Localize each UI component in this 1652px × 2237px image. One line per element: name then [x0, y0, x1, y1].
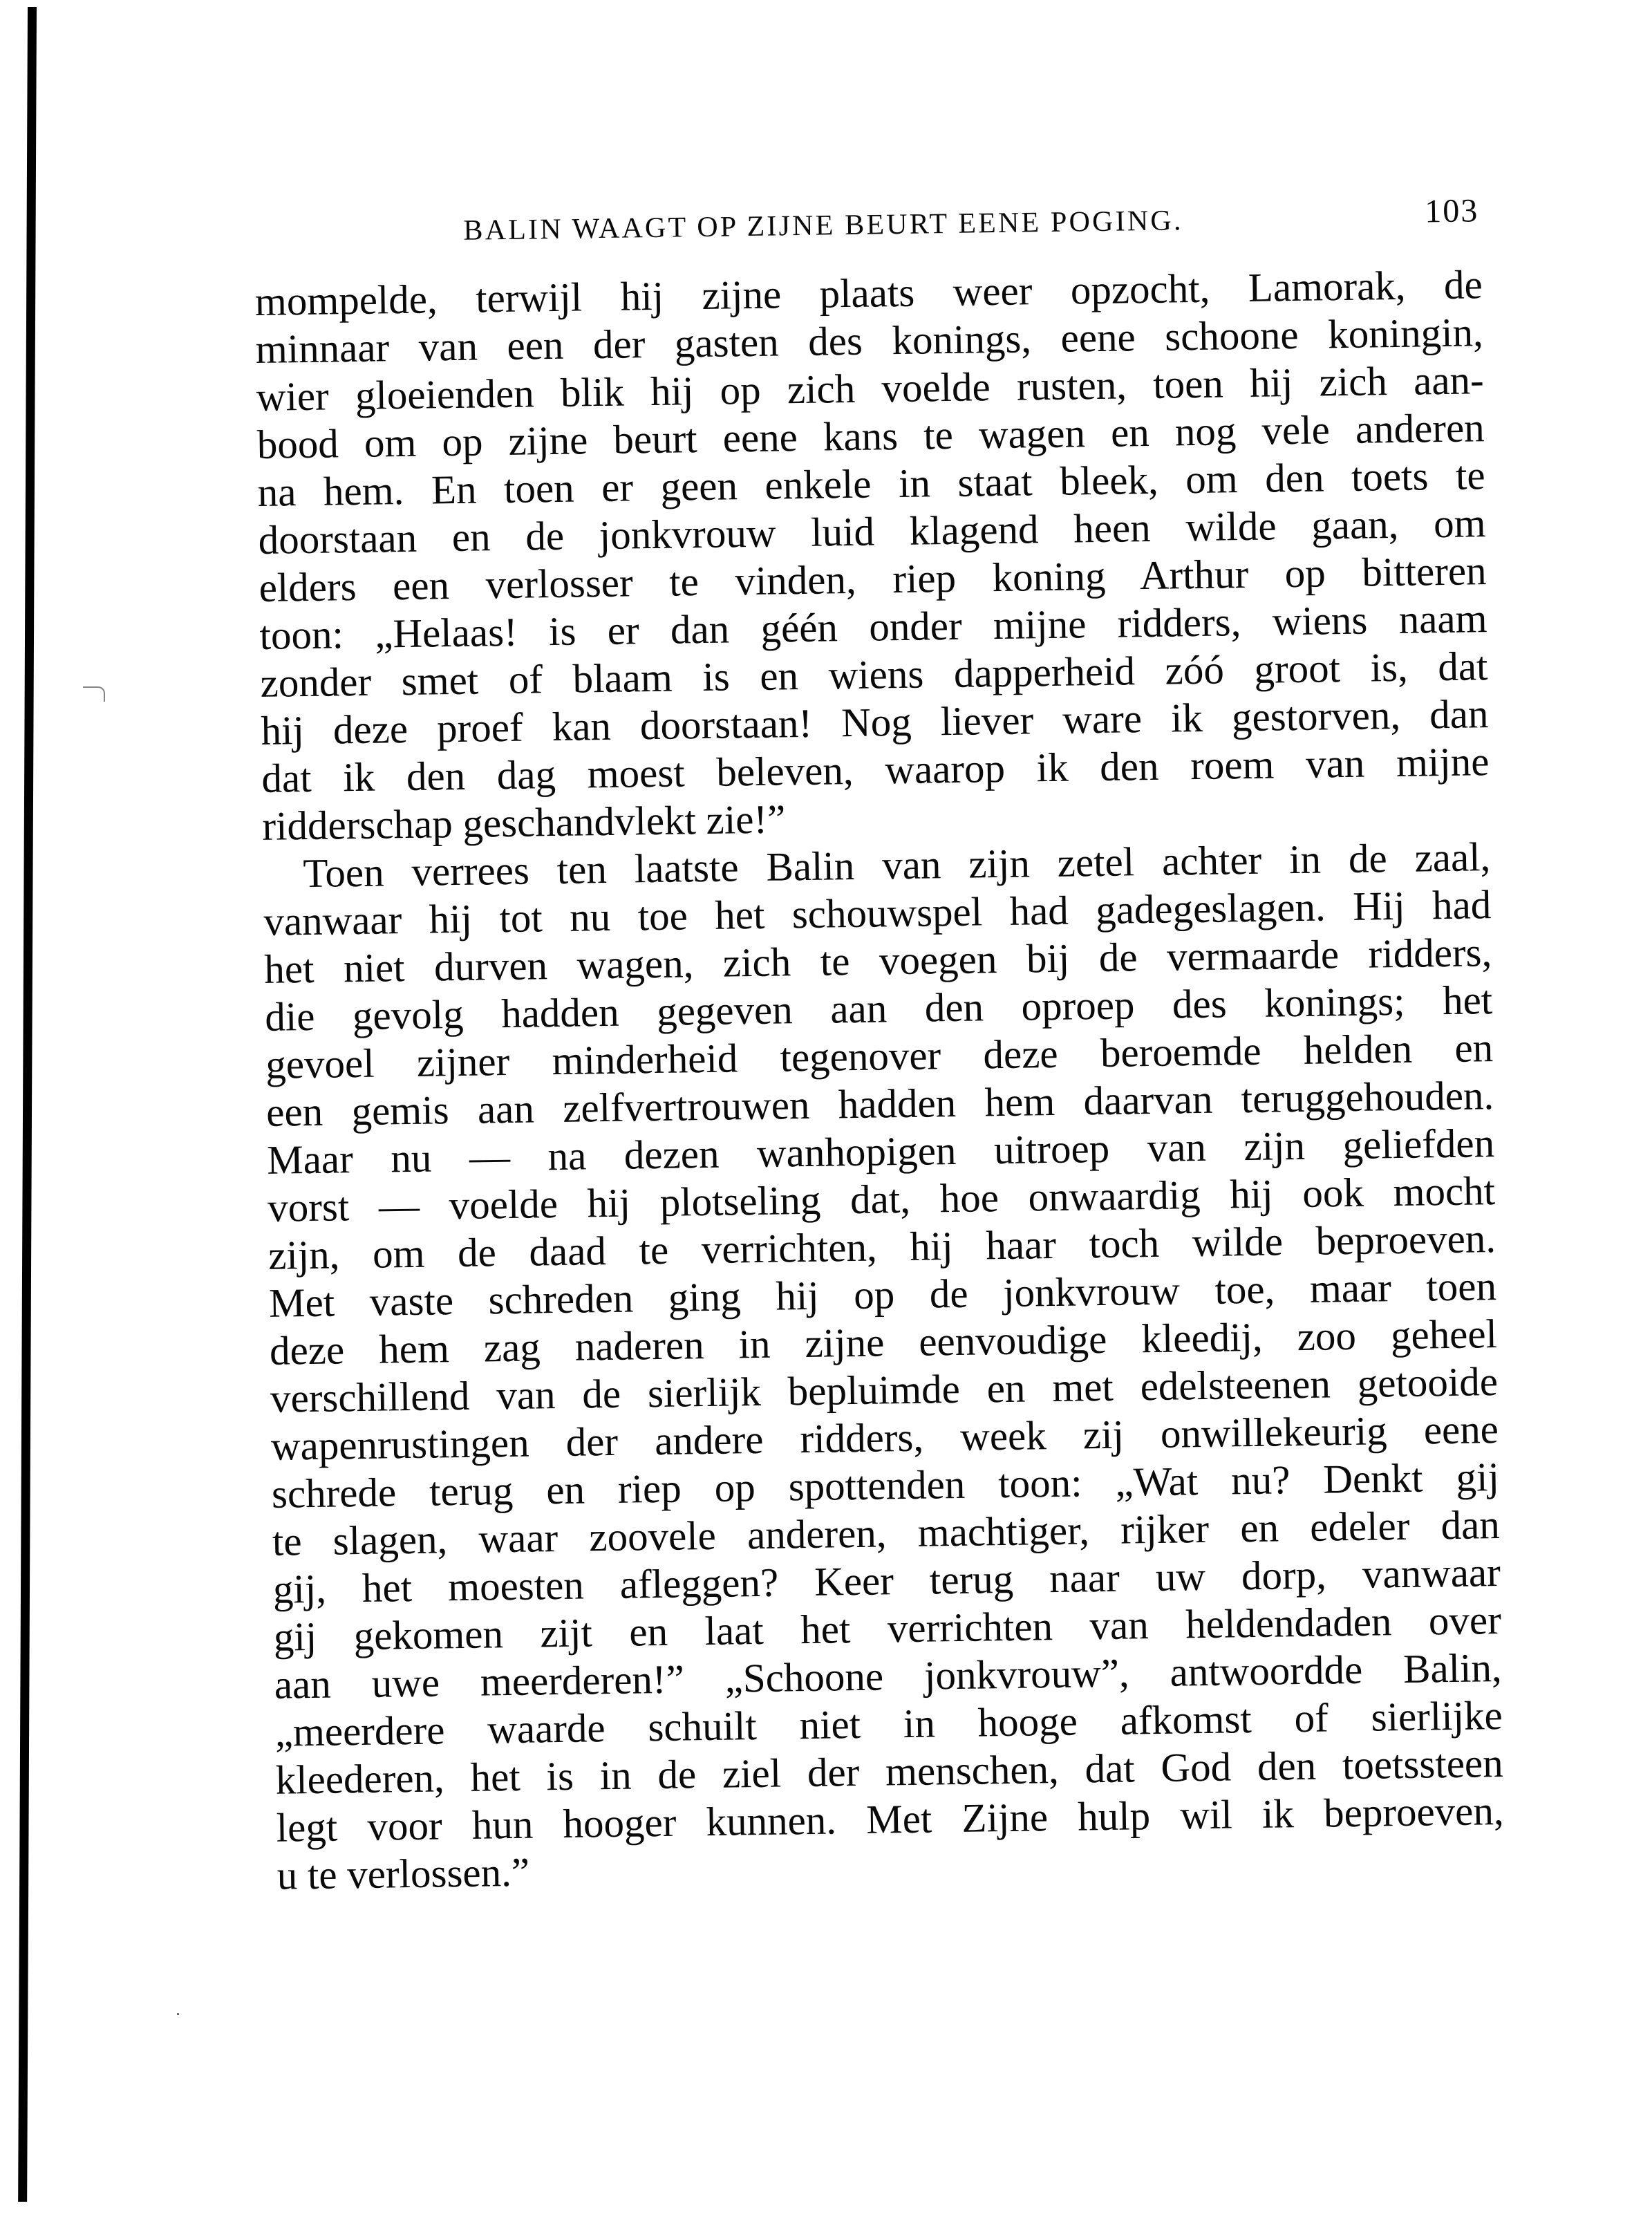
scan-stray-mark — [83, 686, 105, 702]
book-page: BALIN WAAGT OP ZIJNE BEURT EENE POGING. … — [254, 190, 1505, 1900]
running-head: BALIN WAAGT OP ZIJNE BEURT EENE POGING. … — [254, 190, 1482, 253]
body-text: mompelde, terwijl hij zijne plaats weer … — [254, 261, 1505, 1900]
scan-margin-bar — [18, 7, 37, 2202]
page-number: 103 — [1425, 191, 1479, 230]
scan-speck — [177, 2013, 179, 2015]
running-head-title: BALIN WAAGT OP ZIJNE BEURT EENE POGING. — [463, 204, 1183, 247]
